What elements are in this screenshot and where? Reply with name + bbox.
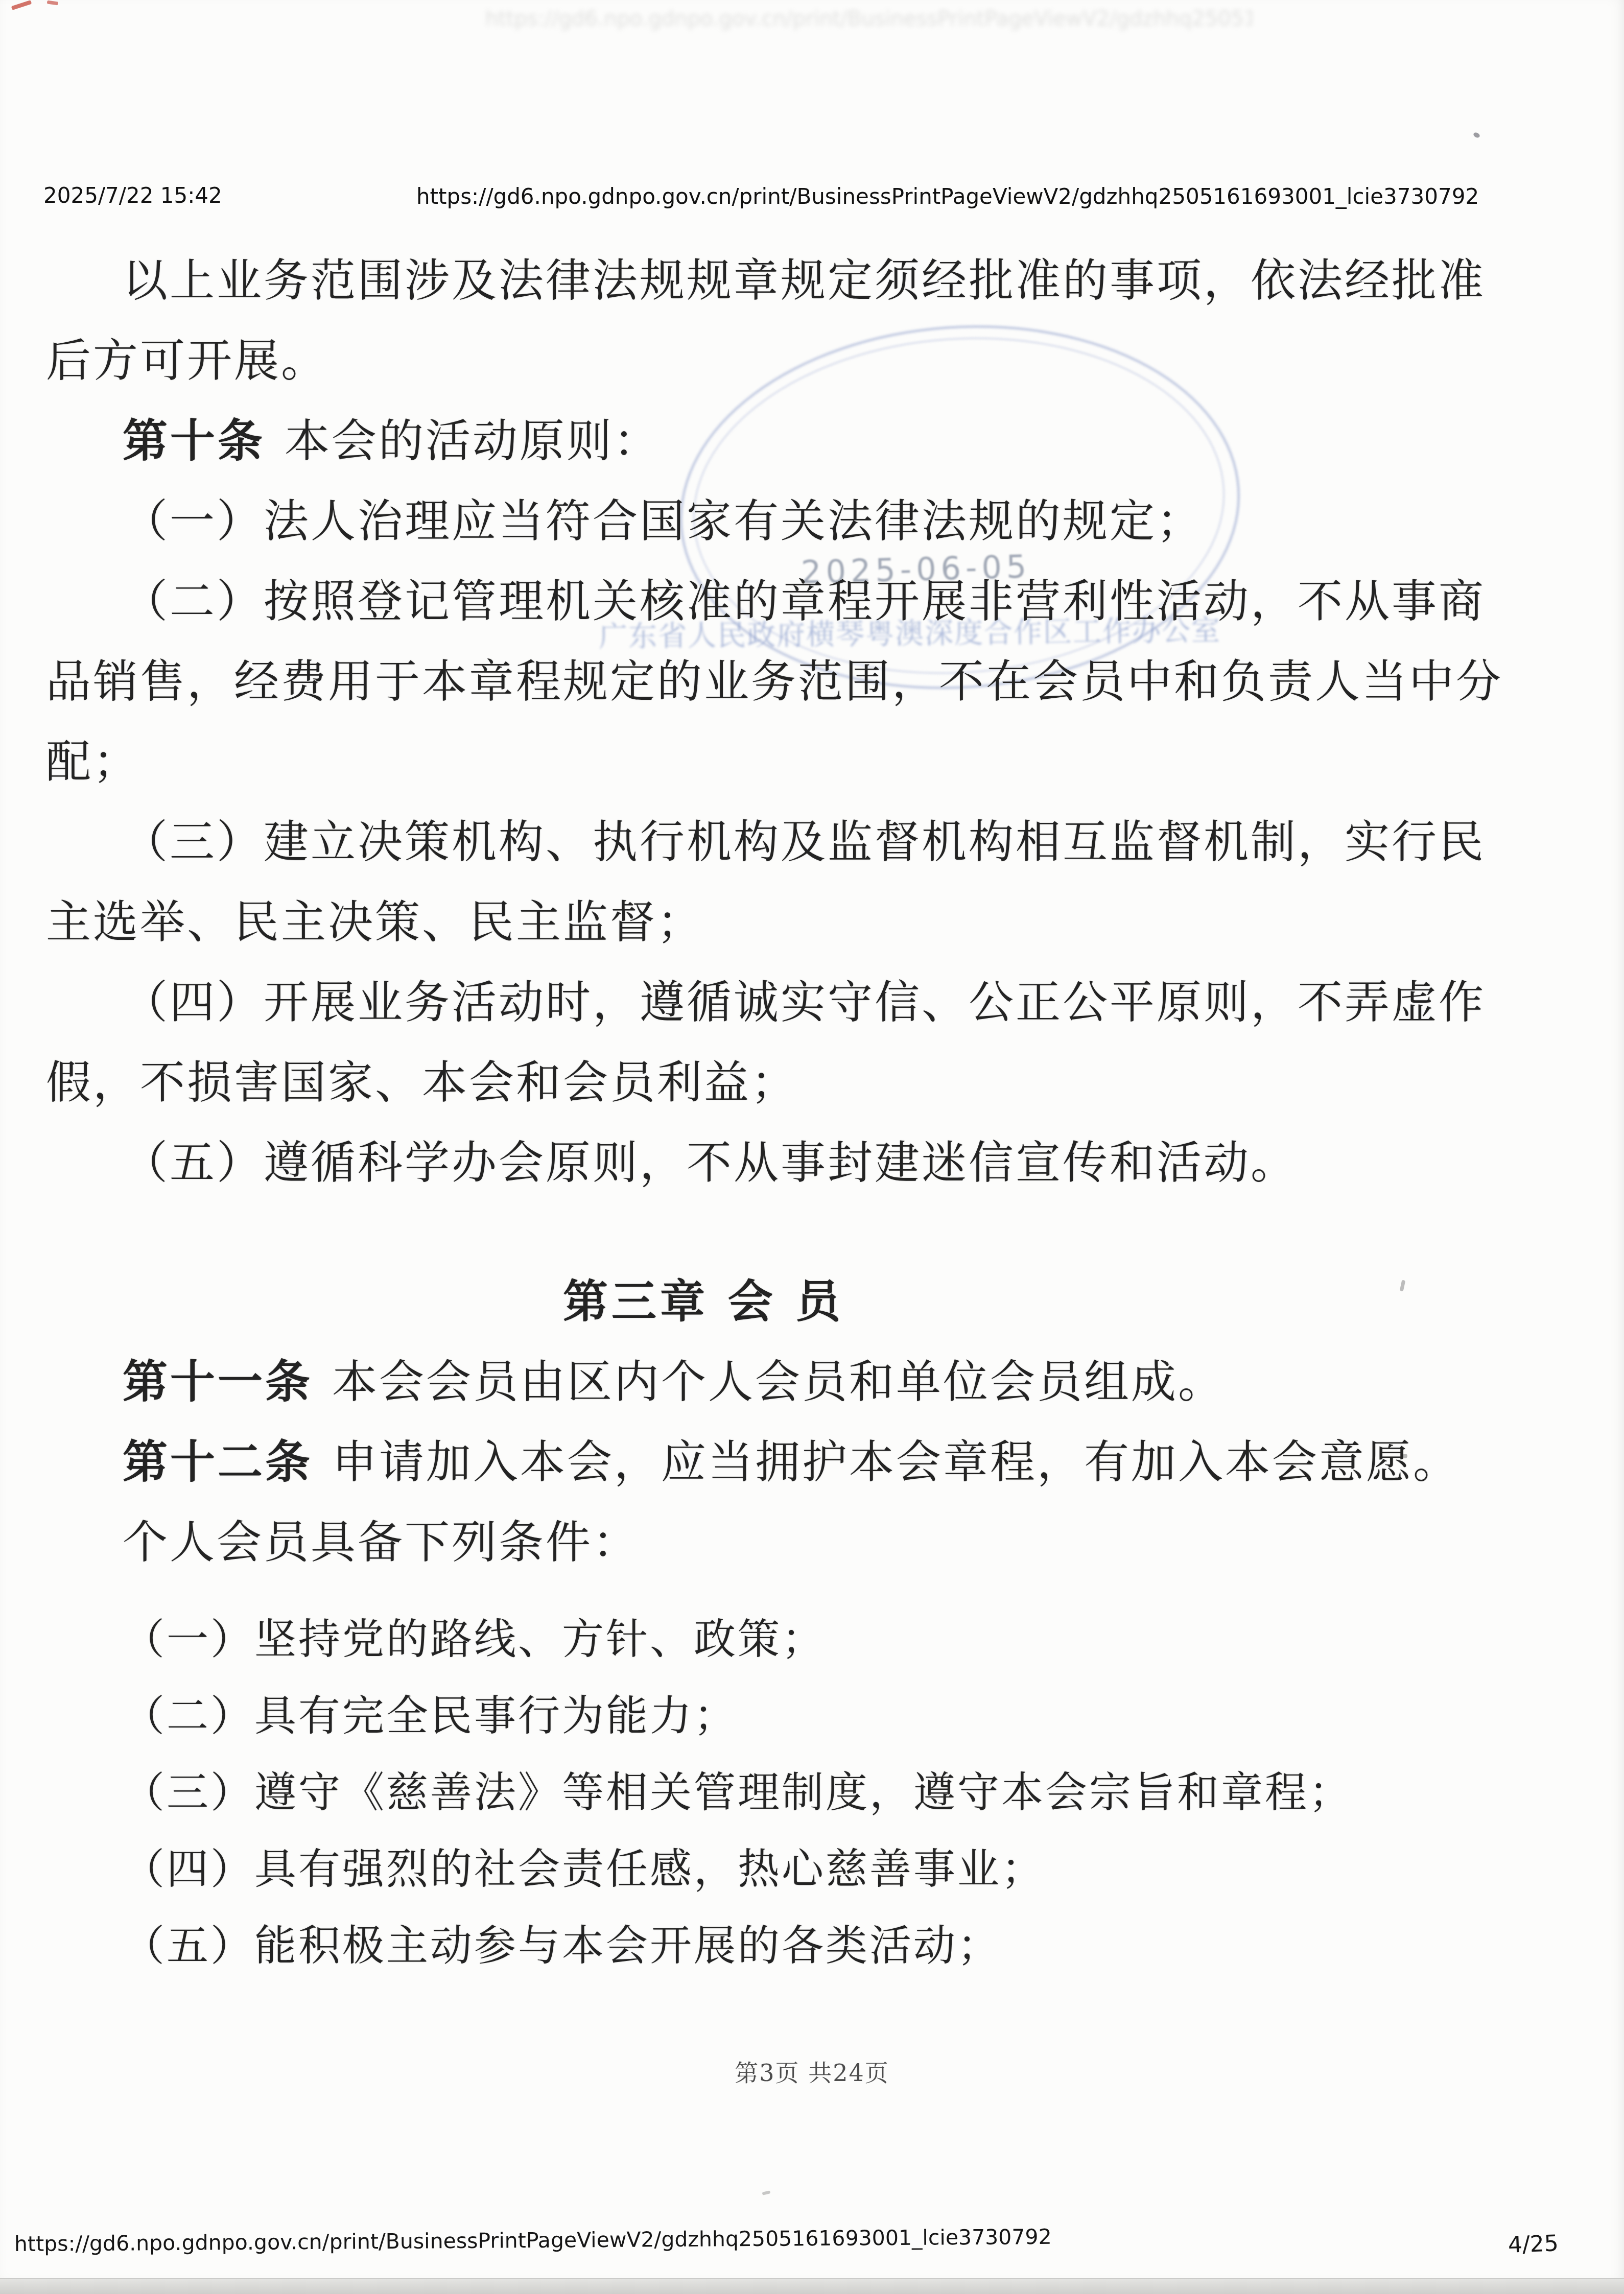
scan-artifact-speck (1403, 1454, 1407, 1458)
chapter-heading: 第三章 会 员 (46, 1261, 1517, 1341)
member-condition: （五）能积极主动参与本会开展的各类活动； (46, 1908, 1517, 1984)
footer-page-fraction: 4/25 (1508, 2230, 1559, 2258)
conditions-intro: 个人会员具备下列条件： (46, 1502, 1517, 1582)
article-10-lead: 第十条 (123, 414, 265, 467)
bleedthrough-ghost-text: https://gd6.npo.gdnpo.gov.cn/print/Busin… (485, 7, 1252, 31)
document-body: 以上业务范围涉及法律法规规章规定须经批准的事项，依法经批准后方可开展。 第十条本… (46, 240, 1517, 1984)
member-condition: （四）具有强烈的社会责任感，热心慈善事业； (46, 1831, 1517, 1908)
principle-item-4: （四）开展业务活动时，遵循诚实守信、公正公平原则，不弄虚作假，不损害国家、本会和… (46, 962, 1517, 1122)
member-condition: （一）坚持党的路线、方针、政策； (46, 1601, 1517, 1678)
scan-artifact-red-mark (11, 0, 32, 10)
member-condition: （三）遵守《慈善法》等相关管理制度，遵守本会宗旨和章程； (46, 1755, 1517, 1831)
scan-artifact-speck (762, 2190, 771, 2195)
scan-artifact-red-mark (47, 1, 59, 6)
article-12-paragraph: 第十二条申请加入本会，应当拥护本会章程，有加入本会意愿。 (46, 1422, 1517, 1502)
article-12-text: 申请加入本会，应当拥护本会章程，有加入本会意愿。 (332, 1435, 1460, 1488)
header-print-datetime: 2025/7/22 15:42 (43, 183, 222, 208)
principle-item-5: （五）遵循科学办会原则，不从事封建迷信宣传和活动。 (46, 1122, 1517, 1202)
article-11-lead: 第十一条 (123, 1355, 313, 1408)
scan-edge-shadow (0, 2278, 1624, 2294)
body-paragraph: 以上业务范围涉及法律法规规章规定须经批准的事项，依法经批准后方可开展。 (46, 240, 1517, 400)
header-print-url: https://gd6.npo.gdnpo.gov.cn/print/Busin… (416, 184, 1479, 209)
page-number-footer: 第3页 共24页 (0, 2054, 1624, 2088)
article-11-text: 本会会员由区内个人会员和单位会员组成。 (332, 1355, 1225, 1408)
footer-print-url: https://gd6.npo.gdnpo.gov.cn/print/Busin… (14, 2225, 1052, 2256)
principle-item-1: （一）法人治理应当符合国家有关法律法规的规定； (46, 481, 1517, 561)
article-10-paragraph: 第十条本会的活动原则： (46, 400, 1517, 481)
scan-artifact-speck (1473, 131, 1481, 138)
article-12-lead: 第十二条 (123, 1435, 313, 1488)
member-conditions-list: （一）坚持党的路线、方针、政策； （二）具有完全民事行为能力； （三）遵守《慈善… (46, 1601, 1517, 1984)
principle-item-3: （三）建立决策机构、执行机构及监督机构相互监督机制，实行民主选举、民主决策、民主… (46, 801, 1517, 962)
article-10-text: 本会的活动原则： (285, 414, 661, 467)
article-11-paragraph: 第十一条本会会员由区内个人会员和单位会员组成。 (46, 1341, 1517, 1422)
member-condition: （二）具有完全民事行为能力； (46, 1678, 1517, 1755)
principle-item-2: （二）按照登记管理机关核准的章程开展非营利性活动，不从事商品销售，经费用于本章程… (46, 561, 1517, 801)
scanned-document-page: https://gd6.npo.gdnpo.gov.cn/print/Busin… (0, 0, 1624, 2294)
